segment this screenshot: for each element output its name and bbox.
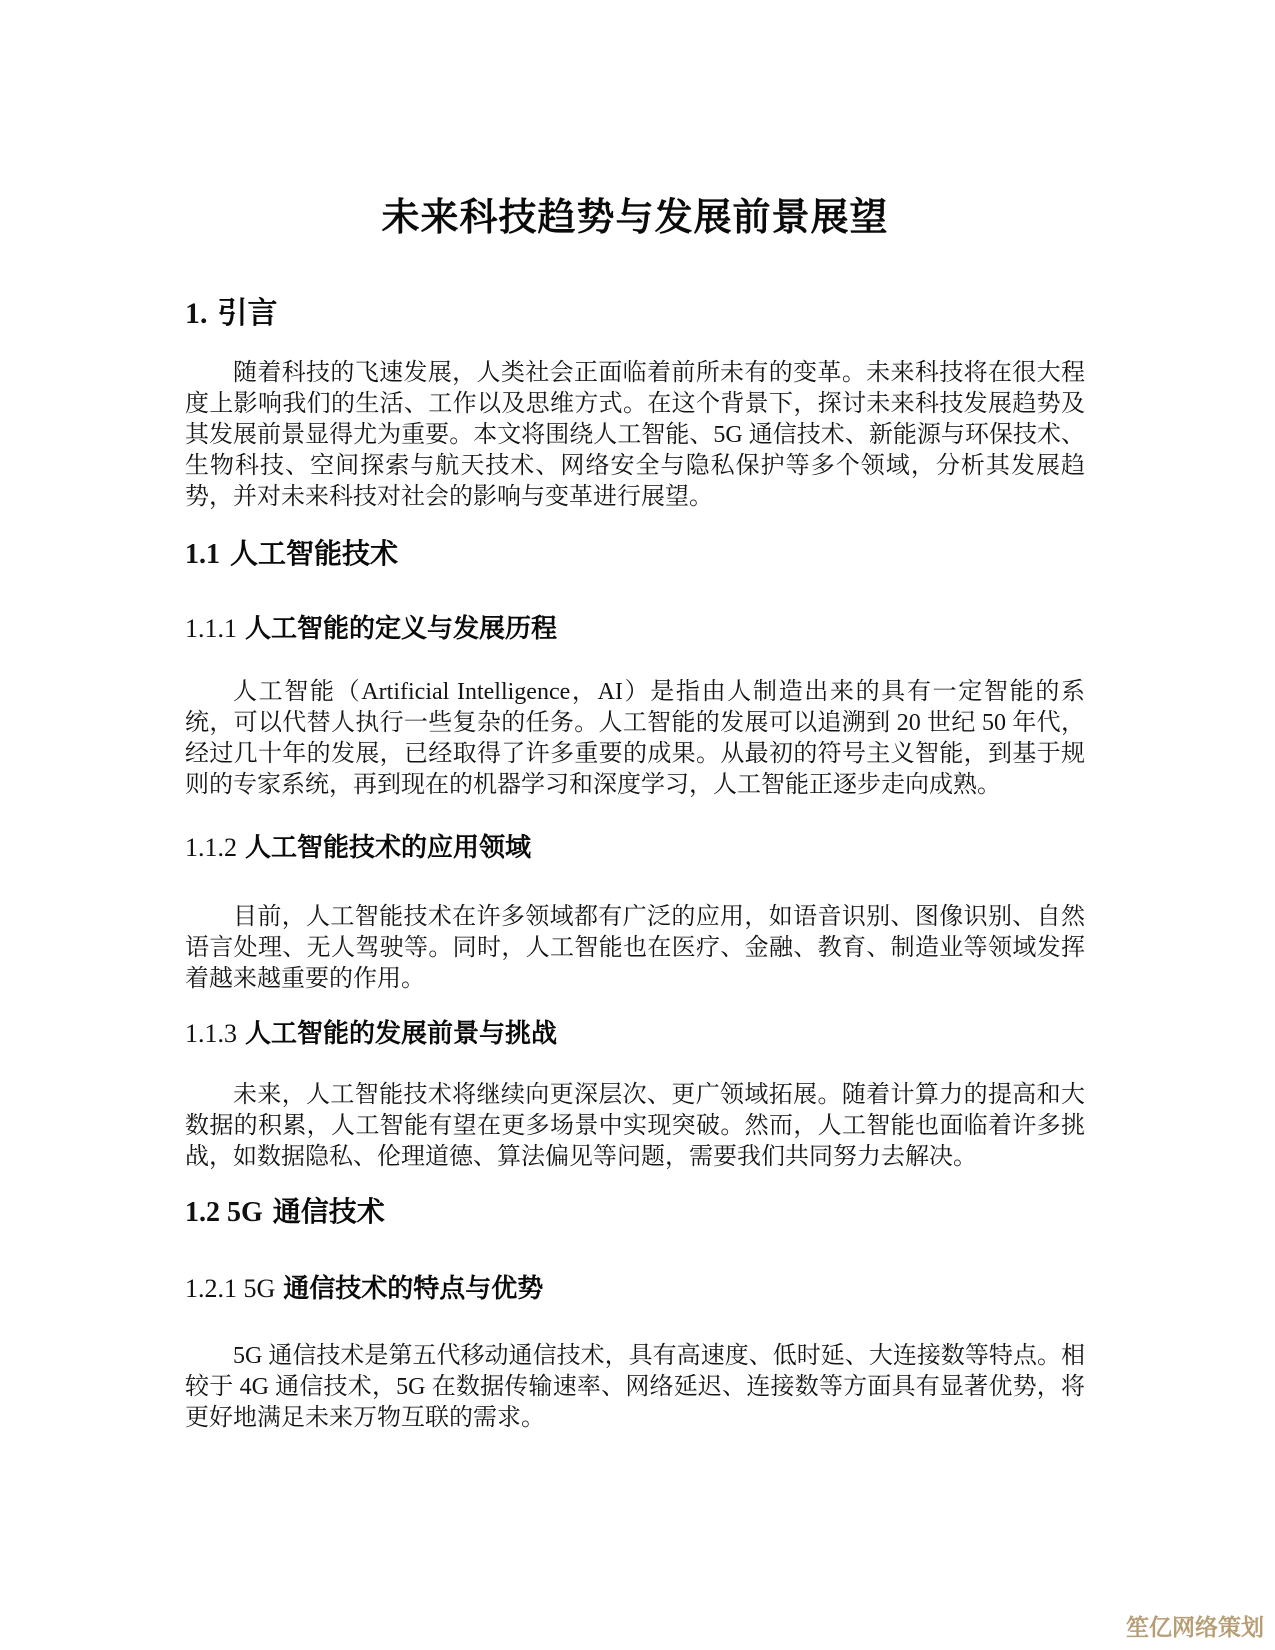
document-content: 未来科技趋势与发展前景展望 1.引言 随着科技的飞速发展，人类社会正面临着前所未… (185, 196, 1085, 1434)
heading-text: 人工智能的发展前景与挑战 (245, 1018, 557, 1048)
paragraph-ai-prospects: 未来，人工智能技术将继续向更深层次、更广领域拓展。随着计算力的提高和大数据的积累… (185, 1080, 1085, 1173)
heading-number: 1.1.1 (185, 614, 237, 643)
heading-1-2-1-5g-features: 1.2.1 5G通信技术的特点与优势 (185, 1272, 1085, 1305)
document-page: 未来科技趋势与发展前景展望 1.引言 随着科技的飞速发展，人类社会正面临着前所未… (0, 0, 1275, 1650)
heading-number: 1.1.2 (185, 833, 237, 862)
heading-text: 人工智能技术 (230, 538, 398, 569)
heading-1-intro: 1.引言 (185, 296, 1085, 332)
paragraph-ai-definition: 人工智能（Artificial Intelligence，AI）是指由人制造出来… (185, 677, 1085, 801)
heading-number: 1.2.1 5G (185, 1274, 275, 1303)
heading-1-1-3-ai-prospects: 1.1.3人工智能的发展前景与挑战 (185, 1017, 1085, 1050)
heading-number: 1.1 (185, 539, 220, 570)
paragraph-ai-applications: 目前，人工智能技术在许多领域都有广泛的应用，如语音识别、图像识别、自然语言处理、… (185, 902, 1085, 995)
heading-number: 1.2 5G (185, 1197, 263, 1228)
heading-1-1-2-ai-applications: 1.1.2人工智能技术的应用领域 (185, 831, 1085, 864)
heading-text: 通信技术的特点与优势 (283, 1273, 543, 1303)
paragraph-5g-features: 5G 通信技术是第五代移动通信技术，具有高速度、低时延、大连接数等特点。相较于 … (185, 1341, 1085, 1434)
heading-text: 人工智能的定义与发展历程 (245, 613, 557, 643)
heading-text: 引言 (218, 297, 278, 330)
page-title: 未来科技趋势与发展前景展望 (185, 196, 1085, 240)
heading-number: 1.1.3 (185, 1019, 237, 1048)
watermark: 笙亿网络策划 (1126, 1612, 1264, 1642)
heading-1-1-1-ai-definition: 1.1.1人工智能的定义与发展历程 (185, 612, 1085, 645)
heading-text: 人工智能技术的应用领域 (245, 832, 531, 862)
heading-number: 1. (185, 297, 208, 330)
heading-text: 通信技术 (273, 1196, 385, 1227)
heading-1-1-ai: 1.1人工智能技术 (185, 537, 1085, 572)
paragraph-intro: 随着科技的飞速发展，人类社会正面临着前所未有的变革。未来科技将在很大程度上影响我… (185, 358, 1085, 513)
heading-1-2-5g: 1.2 5G通信技术 (185, 1195, 1085, 1230)
